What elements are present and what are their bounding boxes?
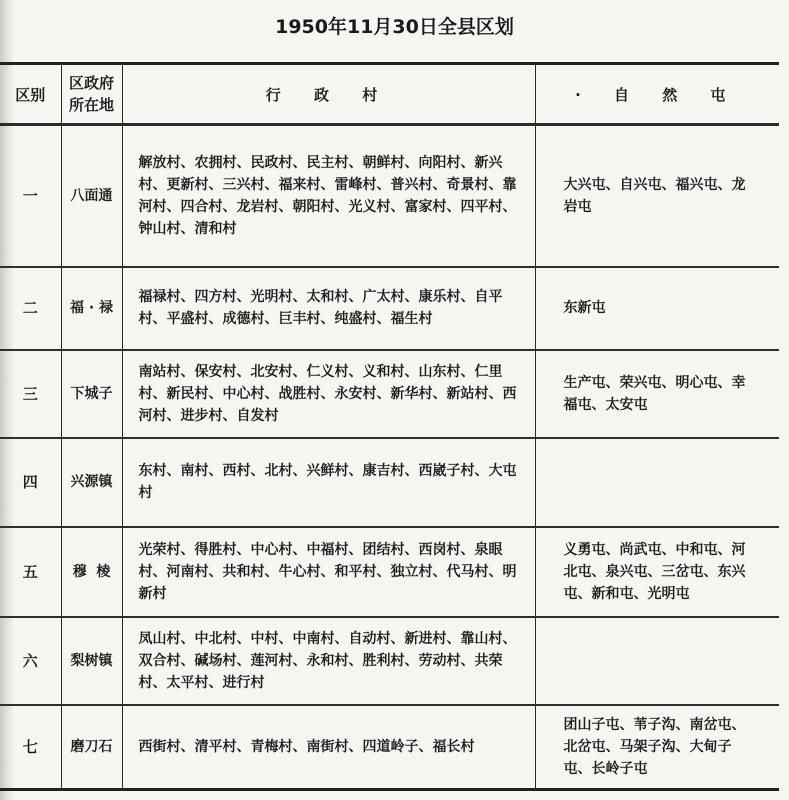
district-seat: 福 · 禄 (61, 267, 122, 350)
natural-hamlets (535, 617, 779, 705)
district-number: 一 (0, 125, 61, 267)
header-seat-line1: 区政府 (62, 72, 122, 94)
table-row: 五 穆 棱 光荣村、得胜村、中心村、中福村、团结村、西岗村、泉眼村、河南村、共和… (0, 527, 779, 617)
district-seat: 兴源镇 (61, 438, 122, 527)
table-row: 二 福 · 禄 福禄村、四方村、光明村、太和村、广太村、康乐村、自平村、平盛村、… (0, 267, 779, 350)
natural-hamlets: 大兴屯、自兴屯、福兴屯、龙岩屯 (535, 125, 779, 267)
district-number: 六 (0, 617, 61, 705)
admin-villages: 南站村、保安村、北安村、仁义村、义和村、山东村、仁里村、新民村、中心村、战胜村、… (122, 350, 535, 438)
district-seat: 穆 棱 (61, 527, 122, 617)
table-row: 六 梨树镇 凤山村、中北村、中村、中南村、自动村、新进村、靠山村、双合村、碱场村… (0, 617, 779, 705)
header-district: 区别 (0, 64, 61, 125)
district-number: 七 (0, 705, 61, 790)
district-seat: 梨树镇 (61, 617, 122, 705)
header-seat-line2: 所在地 (62, 94, 122, 116)
table-row: 一 八面通 解放村、农拥村、民政村、民主村、朝鲜村、向阳村、新兴村、更新村、三兴… (0, 125, 779, 267)
natural-hamlets: 义勇屯、尚武屯、中和屯、河北屯、泉兴屯、三岔屯、东兴屯、新和屯、光明屯 (535, 527, 779, 617)
admin-villages: 解放村、农拥村、民政村、民主村、朝鲜村、向阳村、新兴村、更新村、三兴村、福来村、… (122, 125, 535, 267)
district-number: 五 (0, 527, 61, 617)
district-division-table: 区别 区政府 所在地 行 政 村 · 自 然 屯 一 八面通 解放村、农拥村、民… (0, 62, 779, 791)
district-number: 三 (0, 350, 61, 438)
district-number: 二 (0, 267, 61, 350)
natural-hamlets (535, 438, 779, 527)
district-seat: 磨刀石 (61, 705, 122, 790)
admin-villages: 福禄村、四方村、光明村、太和村、广太村、康乐村、自平村、平盛村、成德村、巨丰村、… (122, 267, 535, 350)
table-row: 三 下城子 南站村、保安村、北安村、仁义村、义和村、山东村、仁里村、新民村、中心… (0, 350, 779, 438)
admin-villages: 东村、南村、西村、北村、兴鲜村、康吉村、西崴子村、大屯村 (122, 438, 535, 527)
natural-hamlets: 团山子屯、苇子沟、南岔屯、北岔屯、马架子沟、大甸子屯、长岭子屯 (535, 705, 779, 790)
district-number: 四 (0, 438, 61, 527)
admin-villages: 凤山村、中北村、中村、中南村、自动村、新进村、靠山村、双合村、碱场村、莲河村、永… (122, 617, 535, 705)
natural-hamlets: 生产屯、荣兴屯、明心屯、幸福屯、太安屯 (535, 350, 779, 438)
admin-villages: 光荣村、得胜村、中心村、中福村、团结村、西岗村、泉眼村、河南村、共和村、牛心村、… (122, 527, 535, 617)
header-natural-hamlets: · 自 然 屯 (535, 64, 779, 125)
table-row: 四 兴源镇 东村、南村、西村、北村、兴鲜村、康吉村、西崴子村、大屯村 (0, 438, 779, 527)
header-admin-villages: 行 政 村 (122, 64, 535, 125)
table-row: 七 磨刀石 西街村、清平村、青梅村、南街村、四道岭子、福长村 团山子屯、苇子沟、… (0, 705, 779, 790)
header-seat: 区政府 所在地 (61, 64, 122, 125)
district-seat: 下城子 (61, 350, 122, 438)
admin-villages: 西街村、清平村、青梅村、南街村、四道岭子、福长村 (122, 705, 535, 790)
district-seat: 八面通 (61, 125, 122, 267)
natural-hamlets: 东新屯 (535, 267, 779, 350)
table-header-row: 区别 区政府 所在地 行 政 村 · 自 然 屯 (0, 64, 779, 125)
document-title: 1950年11月30日全县区划 (0, 12, 789, 39)
